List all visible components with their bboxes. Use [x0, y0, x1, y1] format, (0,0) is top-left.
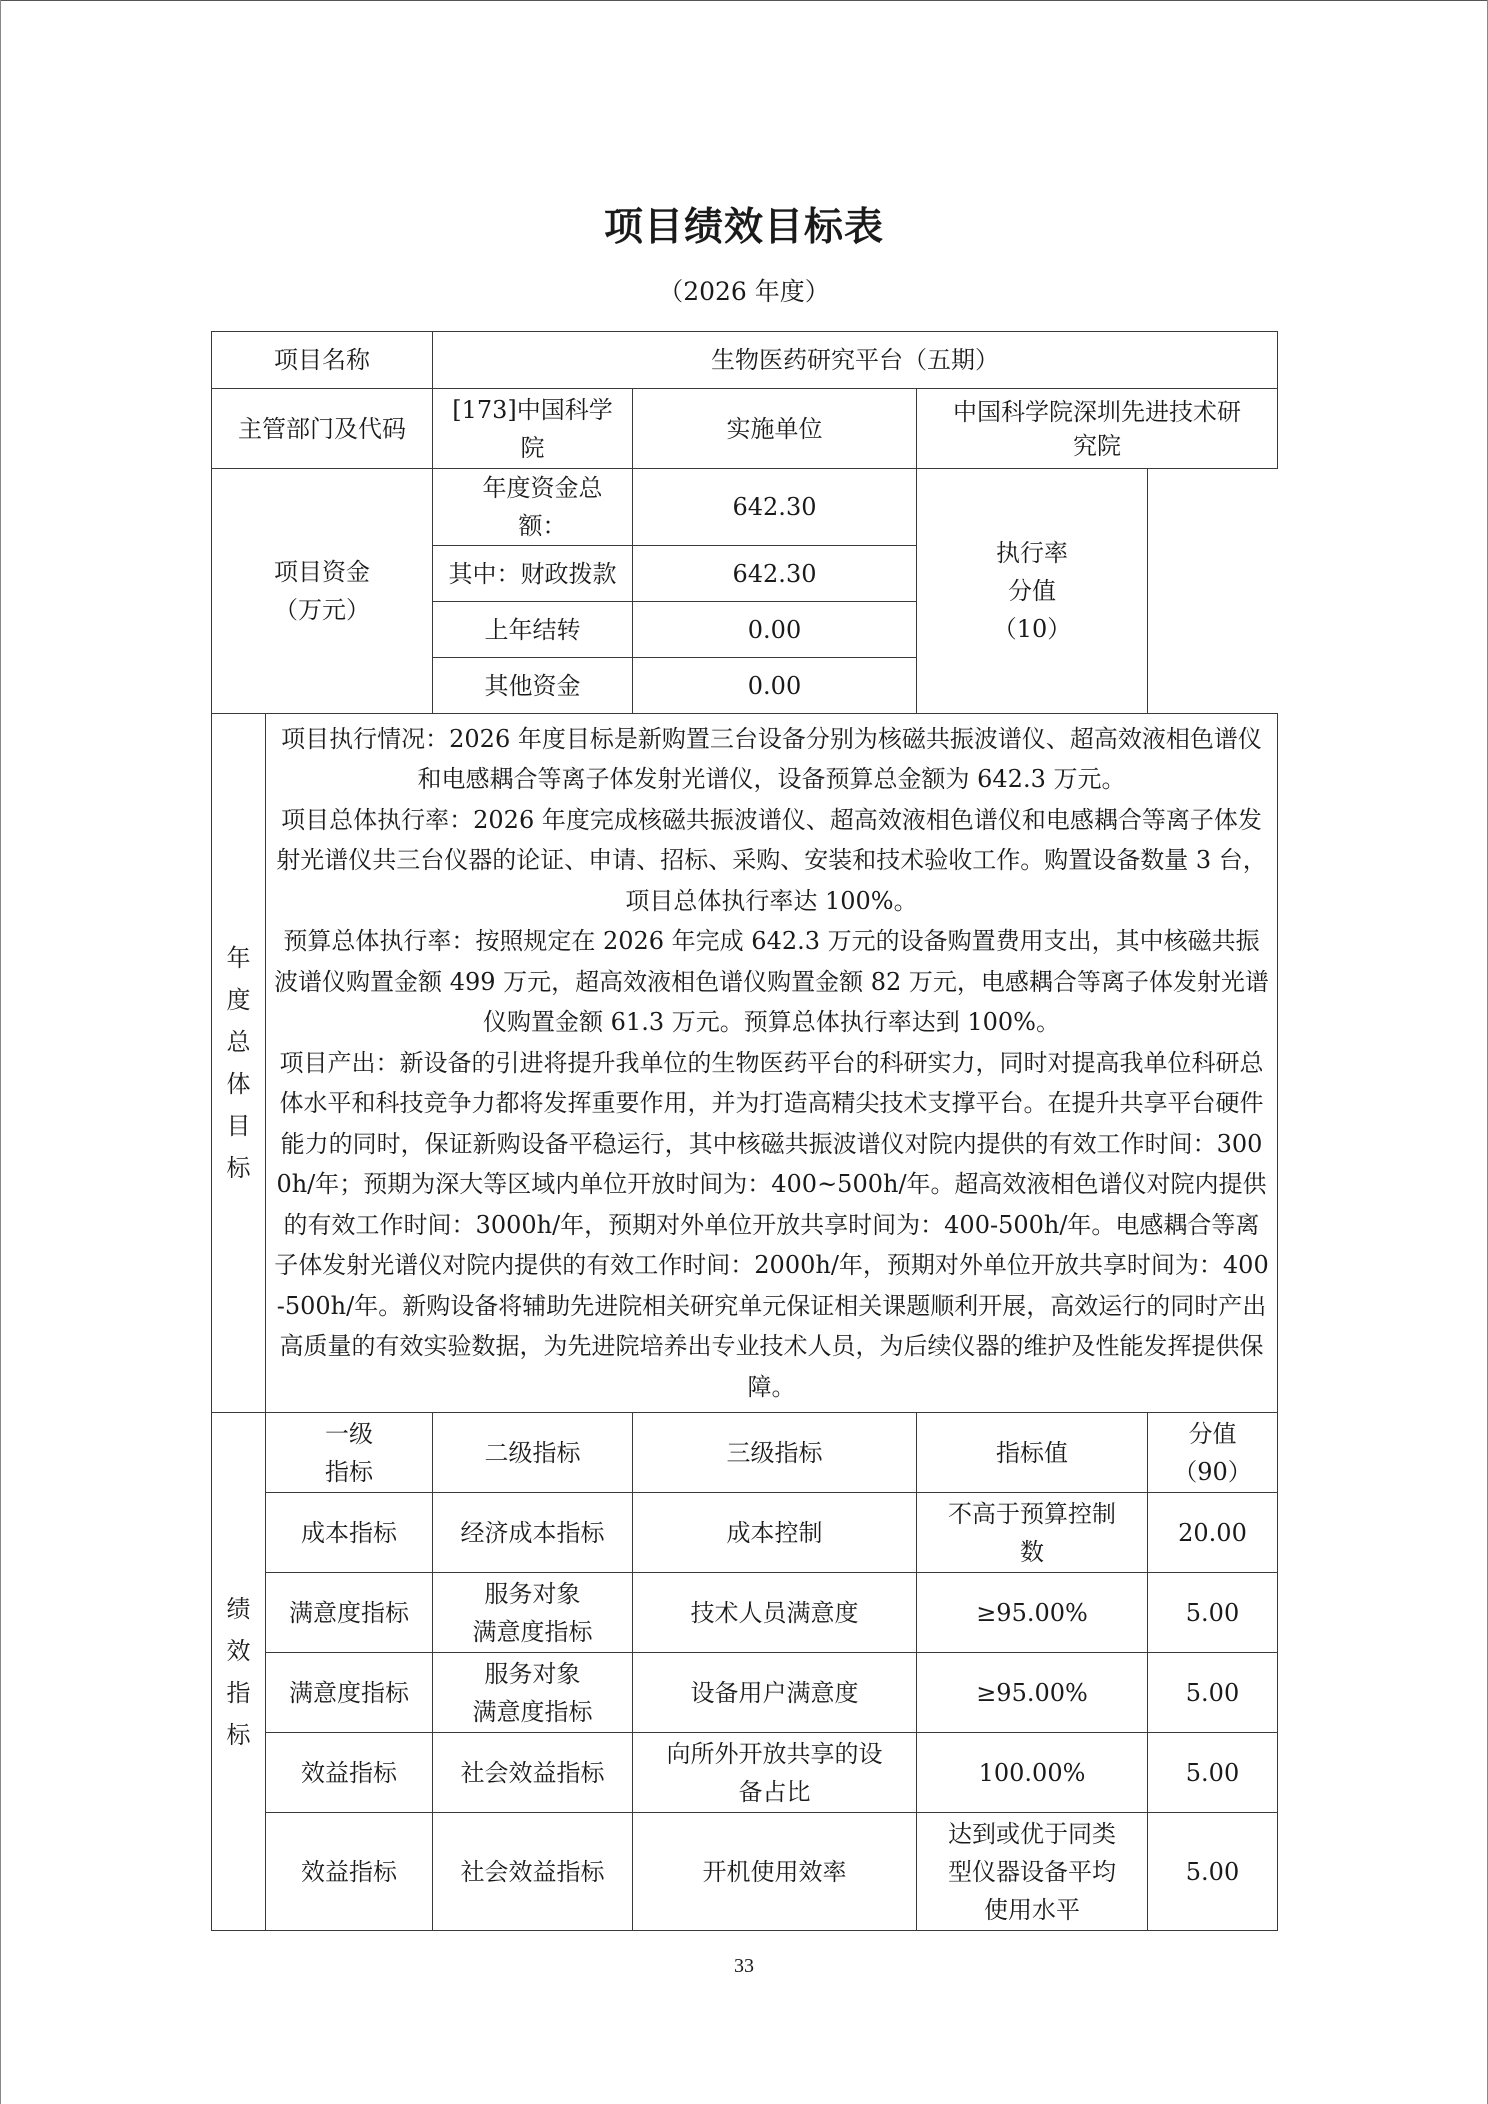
indicator-level1: 满意度指标	[266, 1653, 433, 1733]
header-score: 分值 （90）	[1148, 1413, 1278, 1493]
indicator-level2: 服务对象 满意度指标	[433, 1653, 633, 1733]
indicator-score: 5.00	[1148, 1653, 1278, 1733]
goal-paragraph-project-rate: 项目总体执行率：2026 年度完成核磁共振波谱仪、超高效液相色谱仪和电感耦合等离…	[274, 800, 1269, 922]
indicator-level2: 社会效益指标	[433, 1813, 633, 1931]
goal-paragraph-execution: 项目执行情况：2026 年度目标是新购置三台设备分别为核磁共振波谱仪、超高效液相…	[274, 719, 1269, 800]
funds-total-label: 年度资金总额：	[433, 469, 633, 546]
implementing-unit-label: 实施单位	[633, 389, 917, 469]
implementing-unit-value: 中国科学院深圳先进技术研 究院	[917, 389, 1278, 469]
indicator-level3: 成本控制	[633, 1493, 917, 1573]
indicator-level2: 服务对象 满意度指标	[433, 1573, 633, 1653]
page-edge-top	[0, 0, 1488, 1]
funds-fiscal-label: 其中：财政拨款	[433, 546, 633, 602]
project-name-value: 生物医药研究平台（五期）	[433, 332, 1278, 389]
indicator-level3: 技术人员满意度	[633, 1573, 917, 1653]
funds-label: 项目资金 （万元）	[212, 469, 433, 714]
department-value: [173]中国科学院	[433, 389, 633, 469]
goal-paragraph-output: 项目产出：新设备的引进将提升我单位的生物医药平台的科研实力，同时对提高我单位科研…	[274, 1043, 1269, 1408]
funds-fiscal-value: 642.30	[633, 546, 917, 602]
annual-goal-row: 年 度 总 体 目 标 项目执行情况：2026 年度目标是新购置三台设备分别为核…	[212, 714, 1278, 1413]
page-edge-left	[0, 0, 1, 2104]
header-value: 指标值	[917, 1413, 1148, 1493]
funds-other-label: 其他资金	[433, 658, 633, 714]
funds-total-value: 642.30	[633, 469, 917, 546]
indicator-level3: 向所外开放共享的设 备占比	[633, 1733, 917, 1813]
header-level3: 三级指标	[633, 1413, 917, 1493]
indicator-row: 满意度指标 服务对象 满意度指标 技术人员满意度 ≥95.00% 5.00	[212, 1573, 1278, 1653]
indicator-level2: 社会效益指标	[433, 1733, 633, 1813]
indicator-score: 5.00	[1148, 1573, 1278, 1653]
indicator-value: ≥95.00%	[917, 1653, 1148, 1733]
funds-carryover-label: 上年结转	[433, 602, 633, 658]
indicator-score: 5.00	[1148, 1813, 1278, 1931]
document-subtitle: （2026 年度）	[0, 272, 1488, 308]
indicator-value: 不高于预算控制 数	[917, 1493, 1148, 1573]
indicator-value: 100.00%	[917, 1733, 1148, 1813]
indicator-row: 满意度指标 服务对象 满意度指标 设备用户满意度 ≥95.00% 5.00	[212, 1653, 1278, 1733]
project-name-row: 项目名称 生物医药研究平台（五期）	[212, 332, 1278, 389]
indicator-level2: 经济成本指标	[433, 1493, 633, 1573]
indicator-level1: 效益指标	[266, 1733, 433, 1813]
page-number: 33	[0, 1955, 1488, 1978]
indicator-score: 20.00	[1148, 1493, 1278, 1573]
department-label: 主管部门及代码	[212, 389, 433, 469]
indicator-level3: 开机使用效率	[633, 1813, 917, 1931]
header-level2: 二级指标	[433, 1413, 633, 1493]
indicator-value: 达到或优于同类 型仪器设备平均 使用水平	[917, 1813, 1148, 1931]
indicator-level3: 设备用户满意度	[633, 1653, 917, 1733]
indicator-level1: 成本指标	[266, 1493, 433, 1573]
goal-paragraph-budget-rate: 预算总体执行率：按照规定在 2026 年完成 642.3 万元的设备购置费用支出…	[274, 921, 1269, 1043]
document-title: 项目绩效目标表	[0, 196, 1488, 252]
funds-carryover-value: 0.00	[633, 602, 917, 658]
indicator-score: 5.00	[1148, 1733, 1278, 1813]
performance-target-table: 项目名称 生物医药研究平台（五期） 主管部门及代码 [173]中国科学院 实施单…	[211, 331, 1278, 1931]
department-row: 主管部门及代码 [173]中国科学院 实施单位 中国科学院深圳先进技术研 究院	[212, 389, 1278, 469]
funds-other-value: 0.00	[633, 658, 917, 714]
indicators-label: 绩 效 指 标	[212, 1413, 266, 1931]
indicator-level1: 满意度指标	[266, 1573, 433, 1653]
funds-row-total: 项目资金 （万元） 年度资金总额： 642.30 执行率 分值 （10）	[212, 469, 1278, 546]
project-name-label: 项目名称	[212, 332, 433, 389]
indicator-value: ≥95.00%	[917, 1573, 1148, 1653]
indicator-row: 成本指标 经济成本指标 成本控制 不高于预算控制 数 20.00	[212, 1493, 1278, 1573]
annual-goal-text: 项目执行情况：2026 年度目标是新购置三台设备分别为核磁共振波谱仪、超高效液相…	[266, 714, 1278, 1413]
annual-goal-label: 年 度 总 体 目 标	[212, 714, 266, 1413]
indicator-level1: 效益指标	[266, 1813, 433, 1931]
indicator-header-row: 绩 效 指 标 一级 指标 二级指标 三级指标 指标值 分值 （90）	[212, 1413, 1278, 1493]
execution-rate-score-label: 执行率 分值 （10）	[917, 469, 1148, 714]
header-level1: 一级 指标	[266, 1413, 433, 1493]
indicator-row: 效益指标 社会效益指标 开机使用效率 达到或优于同类 型仪器设备平均 使用水平 …	[212, 1813, 1278, 1931]
indicator-row: 效益指标 社会效益指标 向所外开放共享的设 备占比 100.00% 5.00	[212, 1733, 1278, 1813]
